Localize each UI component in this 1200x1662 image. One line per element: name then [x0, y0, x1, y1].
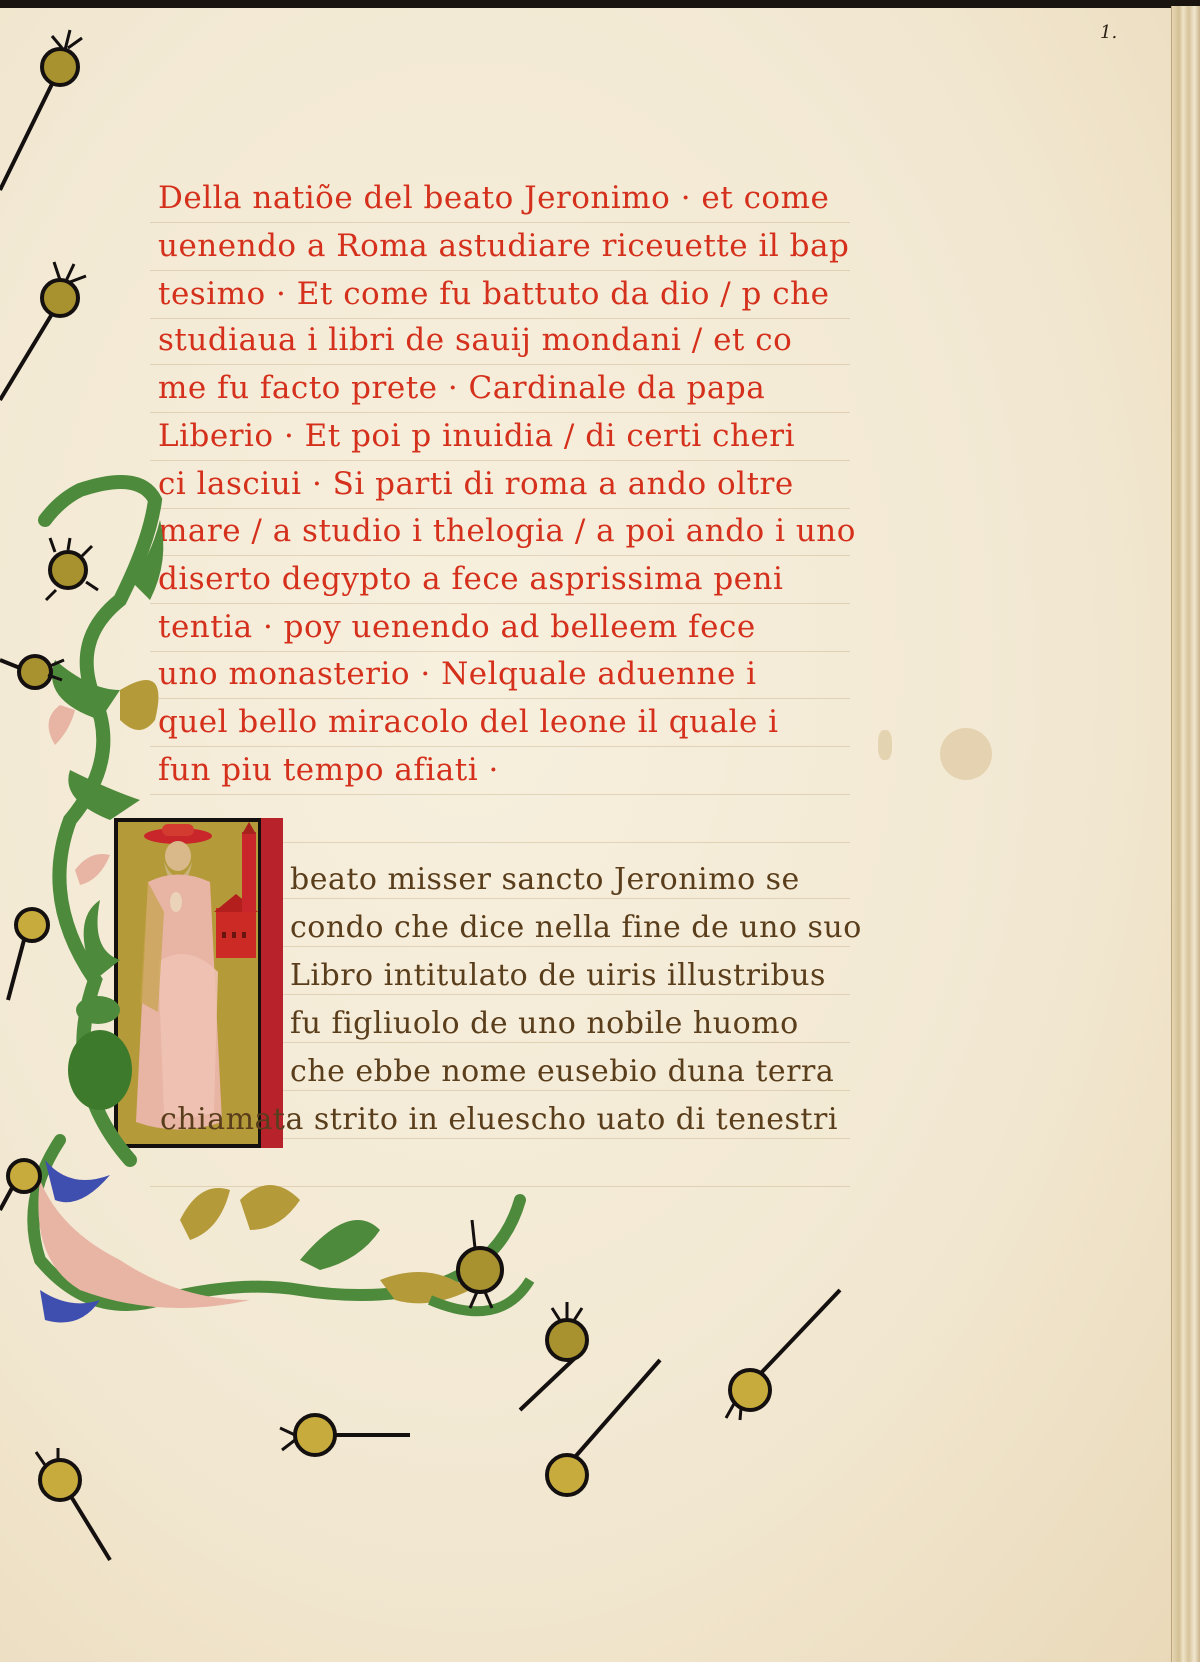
rubric-line: studiaua i libri de sauij mondani / et c…	[158, 322, 792, 358]
rubric-line: ci lasciui · Si parti di roma a ando olt…	[158, 466, 794, 502]
folio-number: 1.	[1100, 22, 1117, 43]
saint-jerome-figure-icon	[118, 822, 278, 1144]
rubric-line: uno monasterio · Nelquale aduenne i	[158, 656, 757, 692]
rubric-line: diserto degypto a fece asprissima peni	[158, 561, 783, 597]
body-text-line: Libro intitulato de uiris illustribus	[290, 958, 826, 993]
rubric-line: Liberio · Et poi p inuidia / di certi ch…	[158, 418, 795, 454]
body-text-line: chiamata strito in eluescho uato di tene…	[160, 1102, 838, 1137]
rubric-line: mare / a studio i thelogia / a poi ando …	[158, 513, 856, 549]
body-text-line: che ebbe nome eusebio duna terra	[290, 1054, 834, 1089]
body-text-line: condo che dice nella fine de uno suo	[290, 910, 862, 945]
stain	[878, 730, 892, 760]
rubric-line: tesimo · Et come fu battuto da dio / p c…	[158, 276, 829, 312]
rubric-line: fun piu tempo afiati ·	[158, 752, 499, 788]
rubric-line: uenendo a Roma astudiare riceuette il ba…	[158, 228, 849, 264]
rubric-line: Della natiõe del beato Jeronimo · et com…	[158, 180, 829, 216]
rubric-line: tentia · poy uenendo ad belleem fece	[158, 609, 756, 645]
rubric-line: me fu facto prete · Cardinale da papa	[158, 370, 765, 406]
body-text-line: beato misser sancto Jeronimo se	[290, 862, 800, 897]
page-edges	[1171, 6, 1200, 1662]
stain	[940, 728, 992, 780]
body-text-line: fu figliuolo de uno nobile huomo	[290, 1006, 799, 1041]
rubric-line: quel bello miracolo del leone il quale i	[158, 704, 779, 740]
